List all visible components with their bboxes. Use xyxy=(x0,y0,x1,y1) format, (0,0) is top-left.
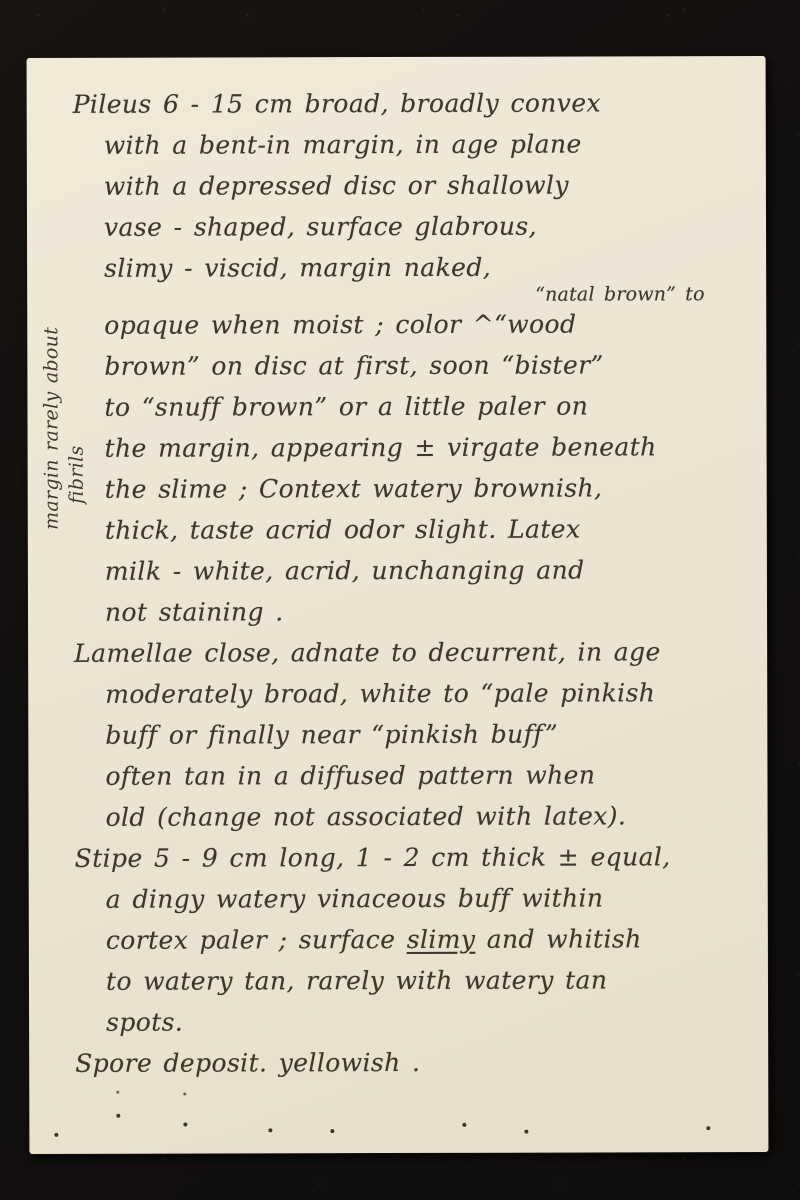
text-segment: not staining . xyxy=(105,597,284,626)
pinhole xyxy=(116,1091,119,1094)
pinhole xyxy=(183,1093,186,1096)
handwriting-line: brown” on disc at first, soon “bister” xyxy=(104,344,748,387)
note-card: margin rarely about fibrils Pileus 6 - 1… xyxy=(27,56,769,1154)
text-segment: to watery tan, rarely with watery tan xyxy=(106,965,607,995)
handwriting-line: to “snuff brown” or a little paler on xyxy=(104,385,748,428)
handwriting-line: moderately broad, white to “pale pinkish xyxy=(105,672,749,715)
text-segment: brown” on disc at first, soon “bister” xyxy=(104,350,603,380)
handwriting-line: spots. xyxy=(106,1000,750,1043)
text-segment: with a depressed disc or shallowly xyxy=(104,171,569,201)
handwriting-line: often tan in a diffused pattern when xyxy=(105,754,749,797)
pinhole xyxy=(54,1133,58,1137)
text-segment: thick, taste acrid odor slight. Latex xyxy=(105,515,581,545)
text-segment: Pileus 6 - 15 cm broad, broadly convex xyxy=(73,88,601,118)
text-segment: Spore deposit. yellowish . xyxy=(75,1048,420,1078)
handwriting-line: to watery tan, rarely with watery tan xyxy=(106,959,750,1002)
handwriting-line: milk - white, acrid, unchanging and xyxy=(105,549,749,592)
text-segment: milk - white, acrid, unchanging and xyxy=(105,556,585,586)
text-segment: Lamellae close, adnate to decurrent, in … xyxy=(74,637,661,668)
pinhole xyxy=(706,1126,710,1130)
pinhole xyxy=(462,1123,466,1127)
handwriting-line: the margin, appearing ± virgate beneath xyxy=(105,426,749,469)
text-segment: with a bent-in margin, in age plane xyxy=(104,130,582,160)
text-segment: spots. xyxy=(106,1008,183,1037)
handwriting-line: Stipe 5 - 9 cm long, 1 - 2 cm thick ± eq… xyxy=(75,836,750,879)
handwriting-line: the slime ; Context watery brownish, xyxy=(105,467,749,510)
text-segment: the margin, appearing ± virgate beneath xyxy=(105,432,657,462)
text-segment: vase - shaped, surface glabrous, xyxy=(104,212,537,242)
text-segment: buff or finally near “pinkish buff” xyxy=(105,720,558,750)
pinhole xyxy=(183,1123,187,1127)
text-segment: moderately broad, white to “pale pinkish xyxy=(105,678,655,708)
text-segment: and whitish xyxy=(475,924,641,953)
pinhole xyxy=(116,1114,120,1118)
handwriting-line: opaque when moist ; color ^“wood xyxy=(104,303,748,346)
handwriting-line: with a depressed disc or shallowly xyxy=(104,164,748,207)
handwriting-line: with a bent-in margin, in age plane xyxy=(104,123,748,166)
handwriting-line: Spore deposit. yellowish . xyxy=(75,1041,750,1084)
pinhole xyxy=(330,1129,334,1133)
handwriting-line: Lamellae close, adnate to decurrent, in … xyxy=(74,631,749,674)
text-segment: a dingy watery vinaceous buff within xyxy=(106,883,604,913)
text-segment: slimy - viscid, margin naked, xyxy=(104,253,491,283)
handwriting-line: a dingy watery vinaceous buff within xyxy=(106,877,750,920)
photo-background: { "scene": { "background_color": "#14110… xyxy=(0,0,800,1200)
handwriting-line: cortex paler ; surface slimy and whitish xyxy=(106,918,750,961)
text-segment: to “snuff brown” or a little paler on xyxy=(104,392,588,422)
pinhole xyxy=(268,1128,272,1132)
handwritten-text: Pileus 6 - 15 cm broad, broadly convexwi… xyxy=(27,56,769,1084)
handwriting-line: buff or finally near “pinkish buff” xyxy=(105,713,749,756)
text-segment: “natal brown” to xyxy=(535,283,705,305)
text-segment: old (change not associated with latex). xyxy=(106,801,627,831)
text-segment: often tan in a diffused pattern when xyxy=(105,760,595,790)
text-segment: cortex paler ; surface xyxy=(106,925,407,955)
handwriting-line: vase - shaped, surface glabrous, xyxy=(104,205,748,248)
handwriting-line: thick, taste acrid odor slight. Latex xyxy=(105,508,749,551)
text-segment: the slime ; Context watery brownish, xyxy=(105,473,603,503)
text-segment: opaque when moist ; color ^“wood xyxy=(104,310,576,340)
pinhole xyxy=(524,1130,528,1134)
underlined-word: slimy xyxy=(407,925,476,954)
handwriting-line: old (change not associated with latex). xyxy=(106,795,750,838)
text-segment: Stipe 5 - 9 cm long, 1 - 2 cm thick ± eq… xyxy=(75,842,671,873)
handwriting-line: not staining . xyxy=(105,590,749,633)
handwriting-line: Pileus 6 - 15 cm broad, broadly convex xyxy=(73,82,748,125)
